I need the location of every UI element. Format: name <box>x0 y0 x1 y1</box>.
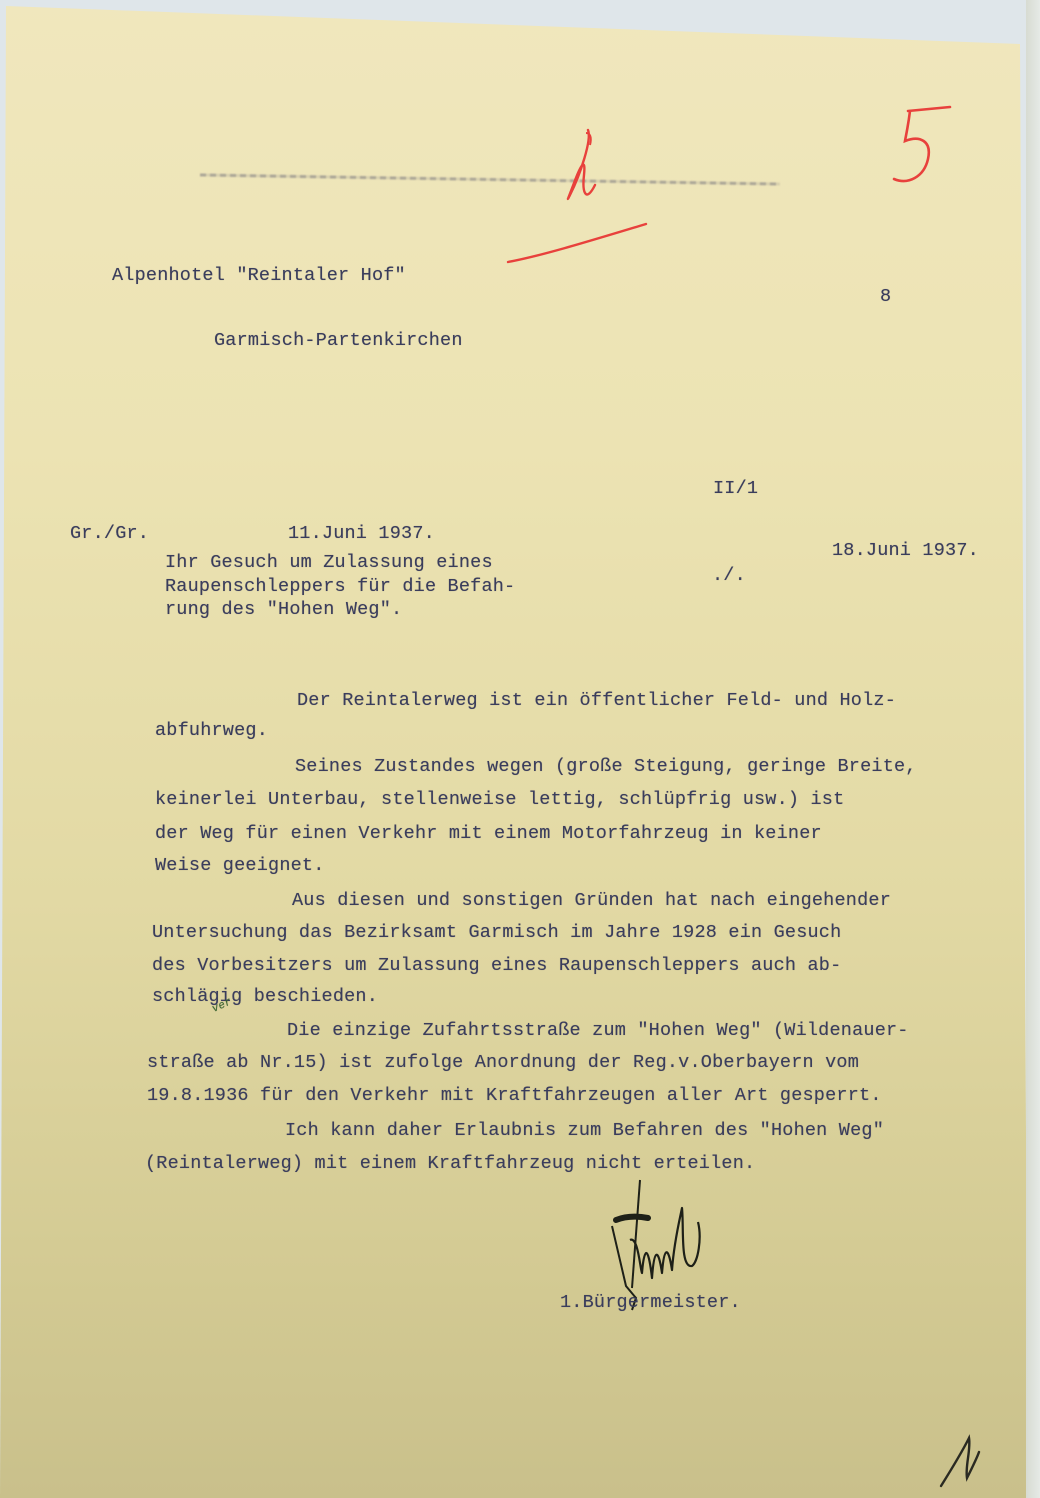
reference-initials: Gr./Gr. <box>70 523 149 544</box>
body-line: der Weg für einen Verkehr mit einem Moto… <box>155 823 822 844</box>
body-line: Untersuchung das Bezirksamt Garmisch im … <box>152 922 841 943</box>
body-line: Ich kann daher Erlaubnis zum Befahren de… <box>285 1120 884 1141</box>
bottom-right-mark-icon <box>935 1430 995 1490</box>
recipient-city: Garmisch-Partenkirchen <box>214 330 463 351</box>
body-line: (Reintalerweg) mit einem Kraftfahrzeug n… <box>145 1153 755 1174</box>
red-number-five-icon <box>880 105 960 195</box>
body-line: straße ab Nr.15) ist zufolge Anordnung d… <box>147 1052 859 1073</box>
letter-date: 18.Juni 1937. <box>832 540 979 561</box>
file-reference: II/1 <box>713 478 758 499</box>
body-line: Die einzige Zufahrtsstraße zum "Hohen We… <box>287 1020 909 1041</box>
body-line: Der Reintalerweg ist ein öffentlicher Fe… <box>297 690 896 711</box>
body-line: abfuhrweg. <box>155 720 268 741</box>
body-line: des Vorbesitzers um Zulassung eines Raup… <box>152 955 841 976</box>
red-pencil-line-icon <box>500 220 660 290</box>
body-line: keinerlei Unterbau, stellenweise lettig,… <box>155 789 844 810</box>
subject-line-1: Ihr Gesuch um Zulassung eines <box>165 552 493 573</box>
their-date: 11.Juni 1937. <box>288 523 435 544</box>
background-edge <box>1026 0 1040 1498</box>
subject-line-2: Raupenschleppers für die Befah- <box>165 576 515 597</box>
body-line: Aus diesen und sonstigen Gründen hat nac… <box>292 890 891 911</box>
page-number: 8 <box>880 286 891 307</box>
recipient-name: Alpenhotel "Reintaler Hof" <box>112 265 406 286</box>
body-line: Seines Zustandes wegen (große Steigung, … <box>295 756 917 777</box>
body-line: 19.8.1936 für den Verkehr mit Kraftfahrz… <box>147 1085 882 1106</box>
enclosure-mark: ./. <box>712 565 746 586</box>
subject-line-3: rung des "Hohen Weg". <box>165 599 402 620</box>
signature-title: 1.Bürgermeister. <box>560 1292 741 1313</box>
body-line: Weise geeignet. <box>155 855 325 876</box>
body-line: schlägig beschieden. <box>152 986 378 1007</box>
